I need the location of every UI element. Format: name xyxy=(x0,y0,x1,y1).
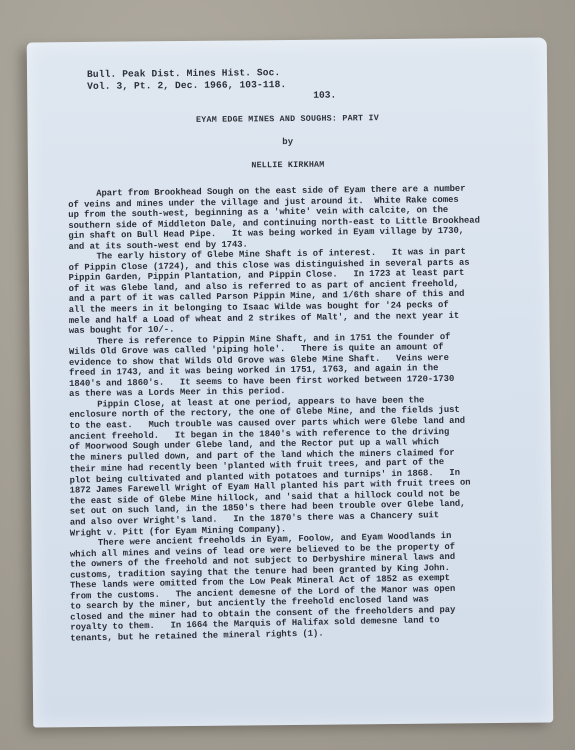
author-name: NELLIE KIRKHAM xyxy=(28,158,548,173)
journal-citation: Bull. Peak Dist. Mines Hist. Soc. Vol. 3… xyxy=(87,67,286,93)
byline: by xyxy=(28,135,548,150)
article-title: EYAM EDGE MINES AND SOUGHS: PART IV xyxy=(27,112,547,127)
citation-line-2: Vol. 3, Pt. 2, Dec. 1966, 103-118. xyxy=(87,79,286,93)
article-body: Apart from Brookhead Sough on the east s… xyxy=(68,184,542,642)
page-number: 103. xyxy=(313,90,336,101)
document-page: Bull. Peak Dist. Mines Hist. Soc. Vol. 3… xyxy=(27,38,554,728)
